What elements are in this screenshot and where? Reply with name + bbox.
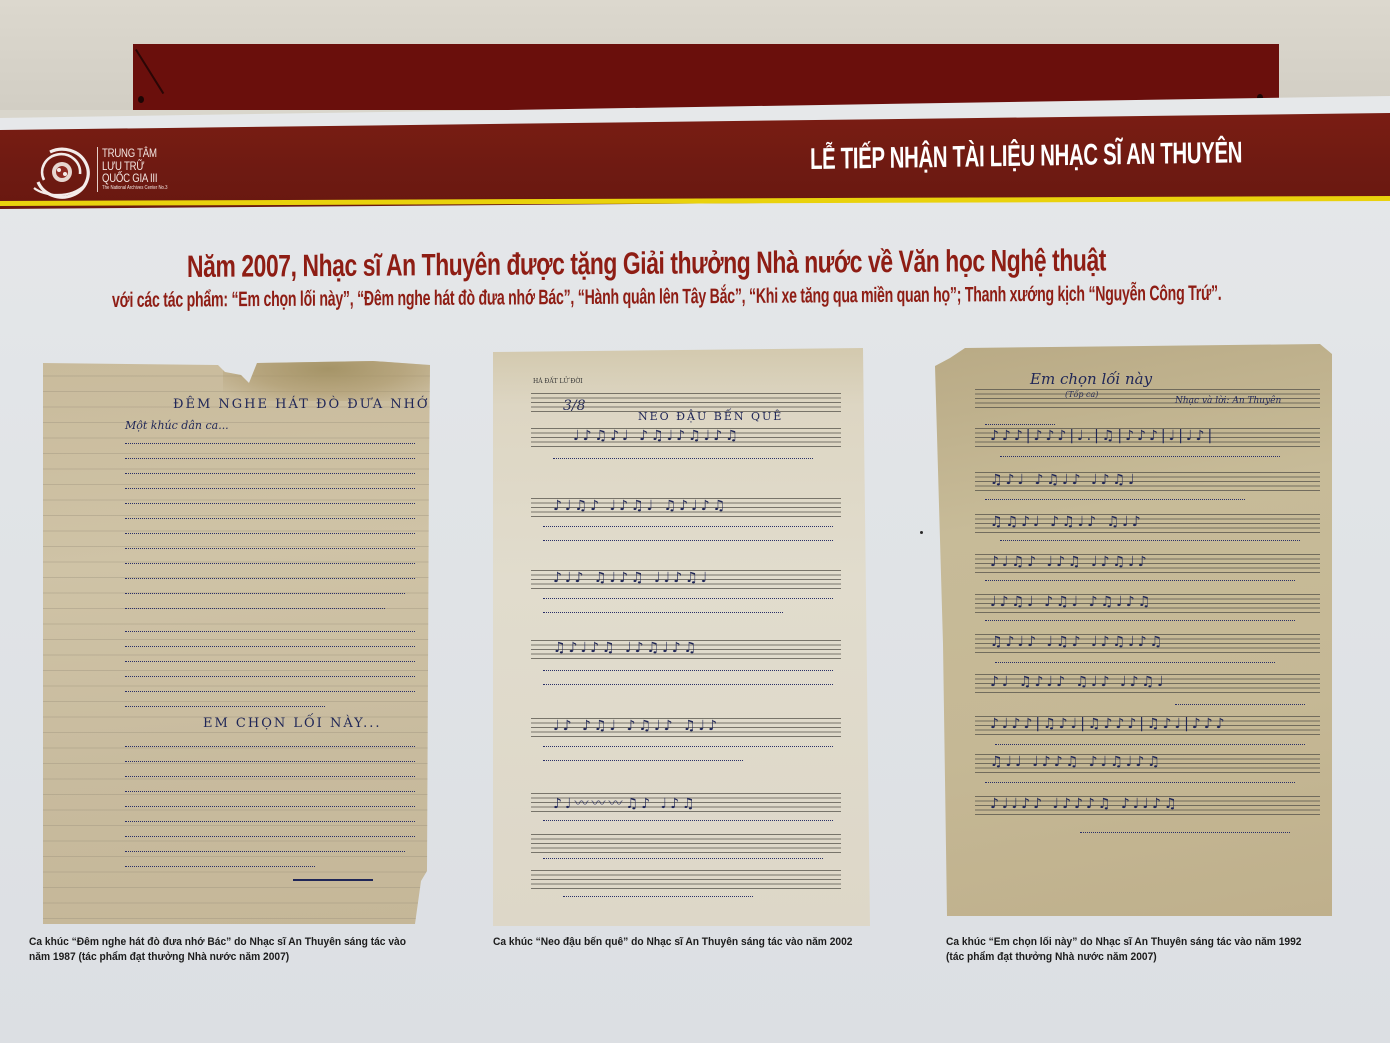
music-notes: ♪♩♫♪ ♩♪♫♩ ♫♪♩♪♫	[553, 498, 728, 514]
handwriting-line	[125, 646, 415, 647]
bolt-icon	[138, 96, 144, 103]
page-title: LỄ TIẾP NHẬN TÀI LIỆU NHẠC SĨ AN THUYÊN	[810, 136, 1242, 177]
music-notes: ♪♩〰〰〰♫♪ ♩♪♫	[553, 793, 698, 813]
handwriting-line	[125, 836, 415, 837]
handwriting-line	[125, 518, 415, 519]
lyrics-line	[985, 580, 1295, 581]
manuscript-neo-dau-ben-que: HÁ ĐẤT LỬ ĐỜI 3/8 NEO ĐẬU BẾN QUÊ ♩♪♫♪♩ …	[493, 348, 870, 926]
manuscript-title: ĐÊM NGHE HÁT ĐÒ ĐƯA NHỚ BÁC	[173, 397, 430, 412]
handwriting-line	[125, 443, 415, 444]
music-notes: ♫♪♩♪ ♩♫♪ ♩♪♫♩♪♫	[990, 634, 1165, 650]
panel-mark	[920, 531, 923, 534]
handwriting-line	[125, 593, 405, 594]
handwriting-line	[125, 806, 415, 807]
tempo-marking	[985, 424, 1055, 425]
handwriting-line	[125, 691, 415, 692]
manuscript-dem-nghe-hat-do-dua: ĐÊM NGHE HÁT ĐÒ ĐƯA NHỚ BÁC Một khúc dân…	[43, 361, 430, 924]
lyrics-line	[995, 662, 1275, 663]
caption-line: Ca khúc “Neo đậu bến quê” do Nhạc sĩ An …	[493, 935, 852, 950]
handwriting-line	[125, 503, 415, 504]
handwriting-line	[125, 791, 415, 792]
manuscript-header-note: HÁ ĐẤT LỬ ĐỜI	[533, 378, 583, 385]
music-staff	[531, 834, 841, 854]
lyrics-line	[1175, 704, 1305, 705]
handwriting-line	[125, 458, 415, 459]
signature-underline	[293, 879, 373, 881]
music-notes: ♩♪ ♪♫♩ ♪♫♩♪ ♫♩♪	[553, 718, 720, 734]
logo-subtitle: The National Archives Center No.3	[102, 185, 166, 192]
music-notes: ♪♩ ♫♪♩♪ ♫♩♪ ♩♪♫♩	[990, 674, 1167, 690]
lyrics-line	[985, 620, 1295, 621]
handwriting-line	[125, 776, 415, 777]
lyrics-line	[563, 896, 753, 897]
lyrics-line	[1000, 540, 1300, 541]
caption-document-3: Ca khúc “Em chọn lối này” do Nhạc sĩ An …	[946, 935, 1301, 965]
handwriting-line	[125, 533, 415, 534]
ruled-lines	[43, 361, 430, 924]
handwriting-line	[125, 746, 415, 747]
caption-document-1: Ca khúc “Đêm nghe hát đò đưa nhớ Bác” do…	[29, 935, 406, 965]
tape-mark	[135, 49, 164, 94]
handwriting-line	[125, 866, 315, 867]
lyrics-line	[985, 499, 1245, 500]
lyrics-line	[1080, 832, 1290, 833]
main-heading: Năm 2007, Nhạc sĩ An Thuyên được tặng Gi…	[187, 242, 1106, 285]
music-notes: ♪♪♪|♪♪♪|♩.|♫|♪♪♪|♩|♩♪|	[990, 428, 1215, 444]
lyrics-line	[553, 458, 813, 459]
music-notes: ♪♩♫♪ ♩♪♫ ♩♪♫♩♪	[990, 554, 1150, 570]
music-notes: ♪♩♪ ♫♩♪♫ ♩♩♪♫♩	[553, 570, 710, 586]
manuscript-opening-line: Một khúc dân ca...	[125, 419, 229, 432]
lyrics-line	[543, 746, 833, 747]
handwriting-line	[125, 488, 415, 489]
lyrics-line	[543, 820, 833, 821]
handwriting-line	[125, 563, 415, 564]
caption-document-2: Ca khúc “Neo đậu bến quê” do Nhạc sĩ An …	[493, 935, 852, 950]
logo-text: TRUNG TÂM LƯU TRỮ QUỐC GIA III The Natio…	[97, 147, 177, 192]
manuscript-title: Em chọn lối này	[1030, 370, 1152, 388]
music-notes: ♫♩♩ ♩♪♪♫ ♪♩♫♩♪♫	[990, 754, 1163, 770]
handwriting-line	[125, 761, 415, 762]
archive-emblem-icon	[30, 144, 94, 202]
lyrics-line	[543, 670, 833, 671]
music-notes: ♫♪♩ ♪♫♩♪ ♩♪♫♩	[990, 472, 1138, 488]
handwriting-line	[125, 608, 385, 609]
manuscript-credit: Nhạc và lời: An Thuyên	[1175, 396, 1281, 406]
handwriting-line	[125, 706, 325, 707]
caption-line: (tác phẩm đạt thưởng Nhà nước năm 2007)	[946, 950, 1301, 965]
rear-display-board	[133, 42, 1279, 110]
handwriting-line	[125, 631, 415, 632]
music-staff	[531, 870, 841, 890]
lyrics-line	[1000, 456, 1280, 457]
caption-line: Ca khúc “Em chọn lối này” do Nhạc sĩ An …	[946, 935, 1301, 950]
lyrics-line	[543, 612, 783, 613]
music-notes: ♫♫♪♩ ♪♫♩♪ ♫♩♪	[990, 514, 1144, 530]
music-notes: ♪♩♩♪♪ ♩♪♪♪♫ ♪♩♩♪♫	[990, 796, 1180, 812]
caption-line: Ca khúc “Đêm nghe hát đò đưa nhớ Bác” do…	[29, 935, 406, 950]
lyrics-line	[543, 760, 743, 761]
lyrics-line	[543, 684, 833, 685]
caption-line: năm 1987 (tác phẩm đạt thưởng Nhà nước n…	[29, 950, 406, 965]
lyrics-line	[985, 782, 1295, 783]
handwriting-line	[125, 676, 415, 677]
handwriting-line	[125, 661, 415, 662]
logo-line-3: QUỐC GIA III	[102, 172, 162, 185]
lyrics-line	[543, 598, 833, 599]
music-notes: ♪♩♪♪|♫♪♩|♫♪♪♪|♫♪♩|♪♪♪	[990, 716, 1228, 732]
lyrics-line	[543, 526, 833, 527]
handwriting-line	[125, 851, 405, 852]
music-notes: ♩♪♫♩ ♪♫♩ ♪♫♩♪♫	[990, 594, 1153, 610]
manuscript-second-title: EM CHỌN LỐI NÀY...	[203, 716, 381, 731]
handwriting-line	[125, 821, 415, 822]
music-notes: ♩♪♫♪♩ ♪♫♩♪♫♩♪♫	[573, 428, 741, 444]
handwriting-line	[125, 473, 415, 474]
manuscript-title: NEO ĐẬU BẾN QUÊ	[638, 410, 783, 423]
lyrics-line	[543, 540, 833, 541]
music-notes: ♫♪♩♪♫ ♩♪♫♩♪♫	[553, 640, 699, 656]
manuscript-em-chon-loi-nay: Em chọn lối này (Tốp ca) Nhạc và lời: An…	[935, 344, 1332, 916]
lyrics-line	[995, 744, 1305, 745]
lyrics-line	[543, 858, 823, 859]
handwriting-line	[125, 548, 415, 549]
handwriting-line	[125, 578, 415, 579]
